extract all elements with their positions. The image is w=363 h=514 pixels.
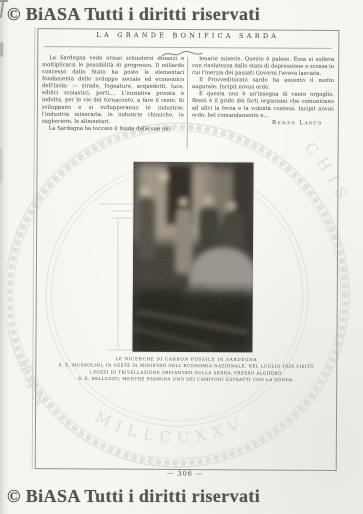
scan-speck (0, 42, 3, 57)
photo-caption: LE RICERCHE DI CARBON FOSSILE IN SARDEGN… (40, 355, 332, 384)
scanner-edge-shading (0, 0, 9, 514)
journal-page: LA GRANDE BONIFICA SARDA La Sardegna ved… (0, 0, 363, 514)
paragraph: lenarie miserie. Questo è palese. Essa s… (192, 55, 334, 77)
text-column-right: lenarie miserie. Questo è palese. Essa s… (192, 55, 334, 133)
scan-speck (0, 148, 2, 182)
paragraph: La Sardegna ha toccato il fondo delle su… (42, 125, 184, 133)
scan-speck (0, 0, 8, 2)
paragraph: Il Provveditorato sardo ha assunto il mo… (192, 76, 334, 91)
copyright-watermark-bottom: © BiASA Tutti i diritti riservati (7, 486, 260, 507)
text-column-left: La Sardegna vede ormai schiudersi dinanz… (42, 54, 184, 132)
paragraph: La Sardegna vede ormai schiudersi dinanz… (42, 54, 184, 125)
author-signature: Renzo Larco (192, 118, 334, 126)
page-number: — 306 — (35, 469, 336, 478)
photograph (131, 161, 254, 354)
paragraph: E questa non è un'insegna di vanto orgog… (192, 90, 334, 119)
copyright-watermark-top: © BiASA Tutti i diritti riservati (7, 4, 260, 25)
scanned-page-canvas: © BiASA Tutti i diritti riservati © BiAS… (0, 0, 363, 514)
